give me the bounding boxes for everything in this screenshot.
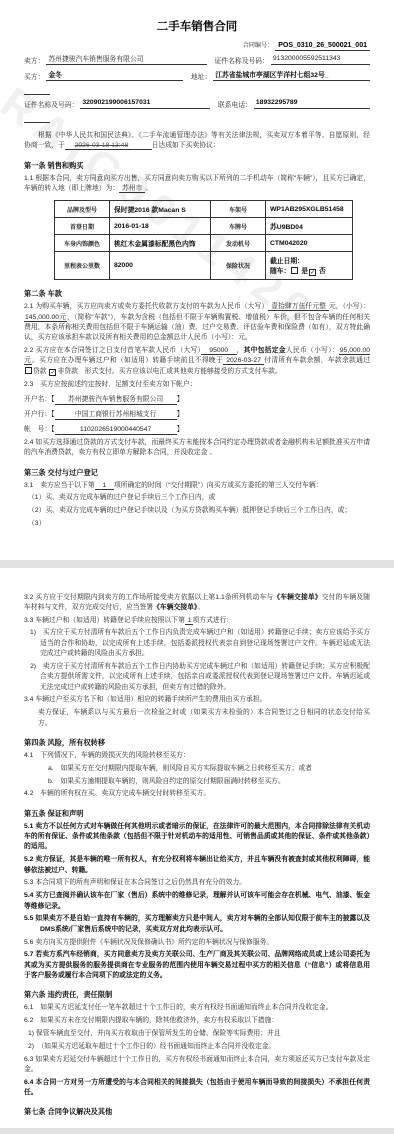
text-run: 保时捷2016 款Macan S — [114, 207, 186, 214]
contract-page-2: 3.2 买方应于交付期限内到卖方的工作场所接受卖方依据以上第1.1条所列机动车与… — [0, 568, 394, 1128]
text-run: 卖方保证，车辆系以与买方最后一次检验之时或（如果买方未检验的）本合同签订之日相同… — [38, 709, 370, 726]
text-run: 其中包括定金 — [244, 347, 286, 354]
party-field: 证件名称及号码：320902199006157031 — [24, 99, 210, 109]
party-field: 证件名称及号码：913200005592511343 — [215, 55, 370, 65]
party-info-row: 买方：金冬地址：江苏省盐城市亭湖区芋洋村七组32号_ — [24, 69, 370, 81]
cell-line: 随车： 是✓ 否 — [270, 265, 348, 276]
text-run: 是 — [299, 268, 308, 275]
text-run: 2026-03-27 — [223, 357, 264, 365]
table-row: 首登日期2016-01-18车牌号苏U9BD04 — [55, 218, 353, 235]
text-run: 6.4 本合同一方对另一方所遭受的与本合同相关的间接损失（包括由于使用车辆而导致… — [24, 1079, 370, 1096]
text-run: 2.4 如买方选择通过贷款的方式支付车款，而最终买方未能按本合同约定办理贷款或者… — [24, 439, 370, 456]
contract-number-line: 合同编号： POS_0310_26_500021_001 — [24, 40, 370, 49]
text-run: ，（简称“车款”），车款为含税（包括但不限于车辆购置税、增值税）车价，但不包含车… — [24, 314, 370, 342]
cell-line: 截止日期： — [270, 255, 348, 265]
text-run: a. 如果买方在交付期限内提取车辆，则风险自买方实际提取车辆之日转移至买方；或者 — [48, 765, 312, 772]
text-run: 随车： — [270, 268, 290, 275]
table-value-cell: 保时捷2016 款Macan S — [110, 201, 211, 218]
section-heading: 第七条 合同争议解决及其他 — [24, 1107, 370, 1117]
field-label: 卖方： — [24, 55, 46, 65]
text-run: 1) 保管车辆直至交付，并向买方收取由于保管所发生的仓储、保险等实际费用；并且 — [28, 1030, 281, 1037]
text-run: 截止日期： — [270, 258, 304, 265]
contract-clause: 2.2 买方应在本合同签订之日支付首笔车款人民币（大写） 95000 ，其中包括… — [24, 346, 370, 377]
table-value-cell: 截止日期：随车： 是✓ 否 — [266, 252, 353, 280]
table-header-cell: 车架号 — [211, 201, 266, 218]
section-heading: 第四条 风险，所有权转移 — [24, 738, 370, 748]
table-value-cell: WP1AB295XGLB51458 — [266, 201, 353, 218]
text-run: 1) 买方应于买方付清所有车款后五个工作日内负责完成车辆过户和（如适用）转籍登记… — [30, 629, 370, 657]
text-run: 元，（小写）： — [329, 303, 370, 310]
text-run: 2) 卖方应于买方付清所有车款后五个工作日内协助买方完成车辆过户和（如适用）转籍… — [30, 663, 370, 691]
text-run: 1.1 根据本合同，卖方同意向买方出售，买方同意向卖方购买以下所列的二手机动车（… — [24, 175, 370, 192]
text-run: 3.4 车辆过户至买方名下和（如适用）相应的转籍手续所产生的费用由买方承担。 — [24, 696, 266, 703]
text-run: 95000 — [201, 347, 236, 355]
text-run: 3.2 买方应于交付期限内到卖方的工作场所接受卖方依据以上第1.1条所列机动车与 — [24, 594, 273, 601]
table-row: 里程表公里数82000保险状况截止日期：随车： 是✓ 否 — [55, 252, 353, 280]
text-run: 人民币（小写）： — [286, 347, 339, 354]
table-header-cell: 发动机号 — [211, 235, 266, 252]
bracket-close: 】 — [177, 396, 184, 403]
contract-clause: a. 如果买方在交付期限内提取车辆，则风险自买方实际提取车辆之日转移至买方；或者 — [24, 764, 370, 774]
table-header-cell: 车身内饰颜色 — [55, 235, 110, 252]
bank-account-line: 开户名：【苏州捷骏汽车销售服务有限公司】 — [24, 393, 370, 405]
text-run: 4.1 下列情况下，车辆的毁损灭失的风险转移至买方： — [24, 752, 190, 759]
contract-clause: 2) 卖方应于买方付清所有车款后五个工作日内协助买方完成车辆过户和（如适用）转籍… — [24, 662, 370, 693]
text-run: 6.3 如果卖方迟延交付车辆超过十个工作日的，买方有权经书面通知而终止本合同，卖… — [24, 1056, 370, 1073]
contract-clause: 6.2 如果买方未在交付期限内提取车辆的，除其他救济外，卖方有权采取以下措施： — [24, 1016, 370, 1026]
checked-checkbox[interactable]: ✓ — [49, 369, 56, 376]
section-heading: 第五条 保证和声明 — [24, 809, 370, 819]
table-row: 车身内饰颜色桃红木金属漆标配黑色内饰发动机号CTM042020 — [55, 235, 353, 252]
text-run: 2.2 买方应在本合同签订之日支付首笔车款人民币（大写） — [24, 347, 201, 354]
contract-clause: 4.1 下列情况下，车辆的毁损灭失的风险转移至买方： — [24, 751, 370, 761]
text-run: 3.1 卖方应当于以下第 — [24, 482, 95, 489]
text-run: 5.6 卖方向买方提供附件《车辆状况及保修确认书》所约定的车辆状况与保修服务。 — [24, 939, 273, 946]
text-run: 非贷款 形式支付。买方应该以电汇或其他卖方能够接受的方式支付车款。 — [57, 368, 281, 375]
contract-clause: 根据《中华人民共和国民法典》、《二手车流通管理办法》等有关法律法规，买卖双方本着… — [24, 131, 370, 152]
contract-clause: 5.5 如果卖方不是自始一直持有车辆的，买方理解卖方只是中间人，卖方对车辆的全部… — [24, 914, 370, 935]
text-run: 苏州市 — [119, 185, 145, 193]
section-heading: 第一条 销售和购买 — [24, 161, 370, 171]
text-run: 1 — [185, 617, 193, 625]
account-label: 帐 号：【 — [24, 426, 55, 433]
table-value-cell: 苏U9BD04 — [266, 218, 353, 235]
text-run — [129, 142, 151, 150]
field-value: 320902199006157031 — [80, 99, 210, 109]
text-run: 贷款 — [33, 368, 48, 375]
checked-checkbox[interactable]: ✓ — [309, 269, 316, 276]
table-header-cell: 品牌及型号 — [55, 201, 110, 218]
field-value: 913200005592511343 — [271, 55, 370, 65]
contract-clause: 6.1 如果买方迟延支付任一笔车款超过十个工作日的，卖方有权经书面通知而终止本合… — [24, 1003, 370, 1013]
text-run: 5.4 买方已查阅并确认该车在厂家（售后）系统中的维修记录，理解并认可该车可能会… — [24, 892, 370, 909]
text-run: 3.3 车辆过户和（如适用）转籍登记手续应按照以下第 — [24, 617, 185, 624]
table-value-cell: 桃红木金属漆标配黑色内饰 — [110, 235, 211, 252]
contract-clause: b. 如果买方逾期提取车辆的，则风险自约定的原交付期限届满时转移至买方。 — [24, 777, 370, 787]
account-value: 中国工商银行苏州相城支行 — [55, 408, 177, 420]
text-run: 项方式进行: — [193, 617, 229, 624]
text-run: WP1AB295XGLB51458 — [270, 206, 344, 213]
table-header-cell: 里程表公里数 — [55, 252, 110, 280]
text-run: 。买方应在办理车辆过户和（如适用）转籍手续前且不得晚于 — [32, 357, 223, 364]
text-run: 2) （如果买方迟延取车超过十个工作日的）经书面通知而终止本合同并没收定金。 — [28, 1043, 275, 1050]
contract-clause: 1.1 根据本合同，卖方同意向买方出售，买方同意向卖方购买以下所列的二手机动车（… — [24, 174, 370, 195]
parties-info: 卖方：苏州捷骏汽车销售服务有限公司证件名称及号码：913200005592511… — [24, 53, 370, 123]
text-run: 日达成如下买卖协议： — [152, 142, 220, 149]
text-run: 1 — [95, 482, 114, 490]
field-value: 江苏省盐城市亭湖区芋洋村七组32号_ — [213, 69, 370, 81]
page-2-body: 3.2 买方应于交付期限内到卖方的工作场所接受卖方依据以上第1.1条所列机动车与… — [24, 593, 370, 1118]
text-run: （1）买、卖双方完成车辆的过户登记手续后三个工作日内，或 — [28, 494, 215, 501]
contract-clause: 2.4 如买方选择通过贷款的方式支付车款，而最终买方未能按本合同约定办理贷款或者… — [24, 438, 370, 459]
text-run: 2026-03-18 13:48 — [74, 142, 130, 150]
contract-clause: 5.4 买方已查阅并确认该车在厂家（售后）系统中的维修记录，理解并认可该车可能会… — [24, 891, 370, 912]
contract-clause: 3.3 车辆过户和（如适用）转籍登记手续应按照以下第 1项方式进行: — [24, 616, 370, 626]
field-label: 证件名称及号码： — [215, 55, 271, 65]
party-field: 卖方：苏州捷骏汽车销售服务有限公司 — [24, 53, 207, 65]
cell-line: 2016-01-18 — [114, 223, 206, 230]
contract-clause: （3） — [24, 519, 370, 529]
contract-number-label: 合同编号： — [243, 42, 274, 49]
text-run — [65, 142, 74, 150]
bracket-close: 】 — [177, 411, 184, 418]
text-run: 2016-01-18 — [114, 223, 149, 230]
text-run: 《车辆交接单》 — [153, 604, 197, 611]
text-run: 2.1 为购买车辆，买方应向卖方或卖方委托代收款方支付的车款为人民币（大写） — [24, 303, 268, 310]
cell-line: 桃红木金属漆标配黑色内饰 — [114, 238, 206, 248]
bank-account-line: 开户行：【中国工商银行苏州相城支行】 — [24, 408, 370, 420]
section-heading: 第三条 交付与过户登记 — [24, 468, 370, 478]
page-1-content: 二手车销售合同 合同编号： POS_0310_26_500021_001 卖方：… — [24, 18, 370, 529]
text-run: 6.1 如果买方迟延支付任一笔车款超过十个工作日的，卖方有权经书面通知而终止本合… — [24, 1004, 333, 1011]
account-label: 开户名：【 — [24, 396, 55, 403]
text-run: 5.5 如果卖方不是自始一直持有车辆的，买方理解卖方只是中间人，卖方对车辆的全部… — [24, 915, 370, 932]
table-row: 品牌及型号保时捷2016 款Macan S车架号WP1AB295XGLB5145… — [55, 201, 353, 218]
field-label: 买方： — [24, 71, 46, 81]
unchecked-checkbox[interactable] — [25, 367, 32, 374]
table-header-cell: 首登日期 — [55, 218, 110, 235]
vehicle-info-table: 品牌及型号保时捷2016 款Macan S车架号WP1AB295XGLB5145… — [54, 200, 353, 280]
bracket-close: 】 — [177, 426, 184, 433]
contract-clause: 5.1 卖方不以任何方式对车辆做任何其他明示或者暗示的保证，在法律许可的最大范围… — [24, 822, 370, 853]
party-info-row: 卖方：苏州捷骏汽车销售服务有限公司证件名称及号码：913200005592511… — [24, 53, 370, 65]
contract-clause: 5.7 若卖方系汽车经销商，买方同意卖方及卖方关联公司、生产厂商及其关联公司、品… — [24, 950, 370, 981]
contract-clause: 2.1 为购买车辆，买方应向卖方或卖方委托代收款方支付的车款为人民币（大写） 壹… — [24, 302, 370, 343]
contract-clause: 5.2 卖方保证，其是车辆的唯一所有权人，有充分权利将车辆出让给买方，并且车辆没… — [24, 855, 370, 876]
text-run: 。 — [145, 185, 152, 192]
text-run: 《车辆交接单》 — [273, 594, 321, 601]
table-value-cell: 2016-01-18 — [110, 218, 211, 235]
blank-underline — [24, 85, 50, 95]
text-run: 项所确定的时间（“交付期限”）向买方或买方委托的第三人交付车辆： — [114, 482, 322, 489]
page-1-body: 根据《中华人民共和国民法典》、《二手车流通管理办法》等有关法律法规，买卖双方本着… — [24, 131, 370, 529]
text-run: 5.7 若卖方系汽车经销商，买方同意卖方及卖方关联公司、生产厂商及其关联公司、品… — [24, 951, 370, 979]
text-run: （3） — [28, 520, 45, 527]
contract-clause: 1) 买方应于买方付清所有车款后五个工作日内负责完成车辆过户和（如适用）转籍登记… — [24, 628, 370, 659]
table-value-cell: 82000 — [110, 252, 211, 280]
section-heading: 第二条 车款 — [24, 289, 370, 299]
contract-clause: 3.4 车辆过户至买方名下和（如适用）相应的转籍手续所产生的费用由买方承担。 — [24, 695, 370, 705]
party-field: 买方：金冬 — [24, 69, 183, 81]
cell-line: 保时捷2016 款Macan S — [114, 204, 206, 214]
document-viewer: 2 RAIG9011420 二手车销售合同 合同编号： POS_0310_26_… — [0, 0, 394, 1134]
text-run: 5.1 卖方不以任何方式对车辆做任何其他明示或者暗示的保证，在法律许可的最大范围… — [24, 823, 370, 851]
contract-clause: 5.6 卖方向买方提供附件《车辆状况及保修确认书》所约定的车辆状况与保修服务。 — [24, 938, 370, 948]
unchecked-checkbox[interactable] — [291, 267, 298, 274]
text-run: 付清所有车款余额，车款余款通过 — [264, 357, 377, 364]
contract-number-value: POS_0310_26_500021_001 — [275, 42, 370, 51]
text-run: 否 — [317, 268, 326, 275]
section-heading: 第六条 违约责任，责任限制 — [24, 990, 370, 1000]
field-value: 金冬 — [46, 69, 182, 81]
contract-clause: 6.4 本合同一方对另一方所遭受的与本合同相关的间接损失（包括由于使用车辆而导致… — [24, 1078, 370, 1099]
text-run: ， — [237, 347, 244, 354]
contract-clause: 6.3 如果卖方迟延交付车辆超过十个工作日的，买方有权经书面通知而终止本合同，卖… — [24, 1055, 370, 1076]
cell-line: 苏U9BD04 — [270, 221, 348, 231]
page-2-content: 3.2 买方应于交付期限内到卖方的工作场所接受卖方依据以上第1.1条所列机动车与… — [24, 593, 370, 1118]
party-field: 联系电话：18932295789 — [218, 99, 370, 109]
table-header-cell: 保险状况 — [211, 252, 266, 280]
text-run: 145,000.00元 — [24, 314, 67, 322]
contract-clause: 5.3 本合同项下的所有声明和保证在本合同签订之后仍然具有充分的效力。 — [24, 878, 370, 888]
text-run: 苏U9BD04 — [270, 224, 303, 231]
contract-clause: （2）买、卖双方完成车辆的过户登记手续以及（为买方贷款购买车辆）抵押登记手续后三… — [24, 506, 370, 516]
text-run: 6.2 如果买方未在交付期限内提取车辆的，除其他救济外，卖方有权采取以下措施： — [24, 1017, 278, 1024]
text-run: CTM042020 — [270, 240, 307, 247]
contract-clause: 1) 保管车辆直至交付，并向买方收取由于保管所发生的仓储、保险等实际费用；并且 — [24, 1029, 370, 1039]
text-run: 5.3 本合同项下的所有声明和保证在本合同签订之后仍然具有充分的效力。 — [24, 879, 246, 886]
contract-clause: 2) （如果买方迟延取车超过十个工作日的）经书面通知而终止本合同并没收定金。 — [24, 1042, 370, 1052]
party-info-row: 证件名称及号码：320902199006157031联系电话：189322957… — [24, 99, 370, 109]
cell-line: 82000 — [114, 262, 206, 269]
contract-clause: （1）买、卖双方完成车辆的过户登记手续后三个工作日内，或 — [24, 493, 370, 503]
contract-clause: 3.1 卖方应当于以下第 1 项所确定的时间（“交付期限”）向买方或买方委托的第… — [24, 481, 370, 491]
contract-page-1: 2 RAIG9011420 二手车销售合同 合同编号： POS_0310_26_… — [0, 0, 394, 560]
text-run: 壹拾肆万伍仟元整 — [268, 303, 329, 311]
field-label: 联系电话： — [218, 99, 254, 109]
contract-title: 二手车销售合同 — [24, 18, 370, 34]
contract-clause: 卖方保证，车辆系以与买方最后一次检验之时或（如果买方未检验的）本合同签订之日相同… — [24, 708, 370, 729]
field-label: 证件名称及号码： — [24, 99, 80, 109]
table-header-cell: 车牌号 — [211, 218, 266, 235]
account-label: 开户行：【 — [24, 411, 55, 418]
field-label: 地址： — [191, 71, 213, 81]
account-value: 苏州捷骏汽车销售服务有限公司 — [55, 393, 177, 405]
cell-line: WP1AB295XGLB51458 — [270, 206, 348, 213]
party-field: 地址：江苏省盐城市亭湖区芋洋村七组32号_ — [191, 69, 370, 81]
text-run: 5.2 卖方保证，其是车辆的唯一所有权人，有充分权利将车辆出让给买方，并且车辆没… — [24, 856, 370, 873]
blank-underline — [24, 113, 50, 123]
contract-clause: 2.3 买方应按前述约定按时、足额支付至卖方如下帐户： — [24, 380, 370, 390]
text-run: （2）买、卖双方完成车辆的过户登记手续以及（为买方贷款购买车辆）抵押登记手续后三… — [28, 507, 351, 514]
field-value: 苏州捷骏汽车销售服务有限公司 — [46, 53, 206, 65]
party-info-row — [24, 85, 370, 95]
table-value-cell: CTM042020 — [266, 235, 353, 252]
text-run: b. 如果买方逾期提取车辆的，则风险自约定的原交付期限届满时转移至买方。 — [48, 778, 285, 785]
text-run: 82000 — [114, 262, 133, 269]
page-gap — [0, 560, 394, 568]
contract-clause: 4.2 车辆的所有权在买、卖双方完成车辆交付时转移至买方。 — [24, 789, 370, 799]
field-value: 18932295789 — [254, 99, 370, 109]
text-run: 桃红木金属漆标配黑色内饰 — [114, 241, 196, 248]
text-run: 。 — [197, 604, 204, 611]
text-run: 4.2 车辆的所有权在买、卖双方完成车辆交付时转移至买方。 — [24, 790, 210, 797]
bank-account-line: 帐 号：【1102026519000440547】 — [24, 423, 370, 435]
text-run: 2.3 买方应按前述约定按时、足额支付至卖方如下帐户： — [24, 381, 197, 388]
cell-line: CTM042020 — [270, 240, 348, 247]
party-info-row — [24, 113, 370, 123]
contract-clause: 3.2 买方应于交付期限内到卖方的工作场所接受卖方依据以上第1.1条所列机动车与… — [24, 593, 370, 614]
account-value: 1102026519000440547 — [55, 426, 177, 435]
